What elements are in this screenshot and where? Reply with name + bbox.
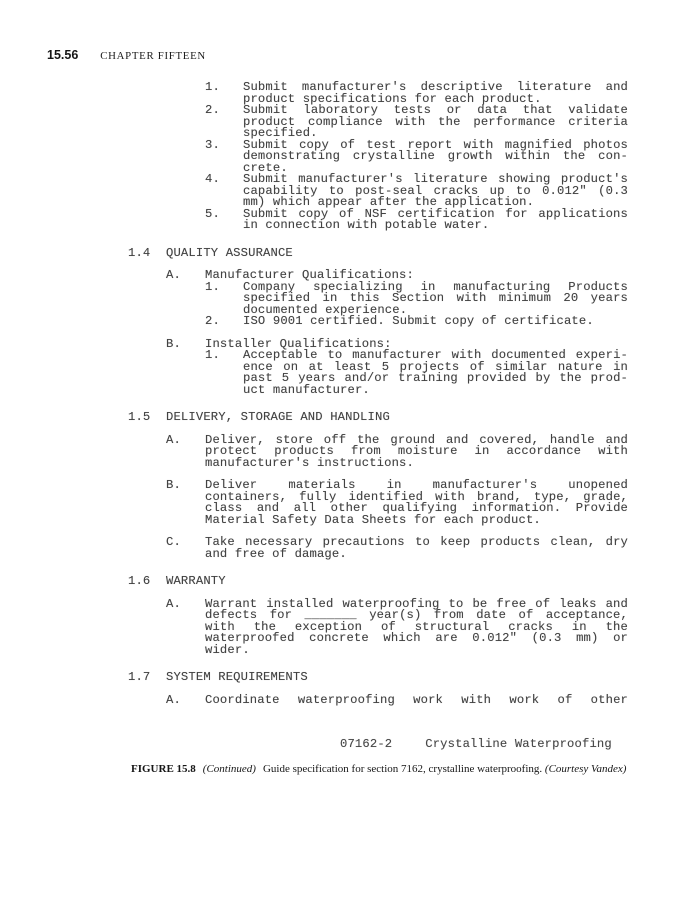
paragraph-lines: ISO 9001 certified. Submit copy of certi…	[243, 316, 628, 328]
numbered-item: 1.Company specializing in manufacturing …	[205, 282, 628, 317]
figure-continued: (Continued)	[203, 763, 256, 775]
paragraph-body: Coordinate waterproofing work with work …	[205, 695, 628, 707]
lettered-paragraph: B.Deliver materials in manufacturer's un…	[166, 480, 628, 526]
figure-caption: FIGURE 15.8(Continued)Guide specificatio…	[131, 762, 636, 777]
lettered-paragraph: B.Installer Qualifications:1.Acceptable …	[166, 339, 628, 397]
spec-section-title: Crystalline Waterproofing	[425, 739, 612, 751]
item-number: 2.	[205, 105, 243, 140]
paragraph-lines: Deliver materials in manufacturer's unop…	[205, 480, 628, 526]
paragraph-body: Manufacturer Qualifications:1.Company sp…	[205, 270, 628, 328]
section-title: DELIVERY, STORAGE AND HANDLING	[166, 412, 390, 424]
numbered-sublist: 1.Company specializing in manufacturing …	[205, 282, 628, 328]
numbered-sublist: 1.Acceptable to manufacturer with docume…	[205, 350, 628, 396]
section-heading: 1.5DELIVERY, STORAGE AND HANDLING	[128, 412, 628, 424]
numbered-item: 3.Submit copy of test report with magnif…	[205, 140, 628, 175]
paragraph-lines: Submit laboratory tests or data that val…	[243, 105, 628, 140]
paragraph-lines: Coordinate waterproofing work with work …	[205, 695, 628, 707]
paragraph-lines: Submit copy of NSF certification for app…	[243, 209, 628, 232]
section-number: 1.5	[128, 412, 166, 424]
paragraph-lines: Deliver, store off the ground and covere…	[205, 435, 628, 470]
lettered-paragraph: C.Take necessary precautions to keep pro…	[166, 537, 628, 560]
paragraph-lines: Take necessary precautions to keep produ…	[205, 537, 628, 560]
spec-line: wider.	[205, 645, 628, 657]
paragraph-letter: A.	[166, 599, 205, 657]
paragraph-letter: A.	[166, 270, 205, 328]
spec-line: demonstrating crystalline growth within …	[243, 151, 628, 163]
section-title: QUALITY ASSURANCE	[166, 248, 293, 260]
spec-line: ISO 9001 certified. Submit copy of certi…	[243, 316, 628, 328]
paragraph-body: Warrant installed waterproofing to be fr…	[205, 599, 628, 657]
numbered-item: 5.Submit copy of NSF certification for a…	[205, 209, 628, 232]
lettered-paragraph: A.Coordinate waterproofing work with wor…	[166, 695, 628, 707]
paragraph-lines: Company specializing in manufacturing Pr…	[243, 282, 628, 317]
figure-courtesy: (Courtesy Vandex)	[545, 763, 627, 775]
item-number: 1.	[205, 282, 243, 317]
section-number: 1.4	[128, 248, 166, 260]
spec-line: waterproofed concrete which are 0.012" (…	[205, 633, 628, 645]
item-number: 1.	[205, 350, 243, 396]
paragraph-body: Installer Qualifications:1.Acceptable to…	[205, 339, 628, 397]
section-title: SYSTEM REQUIREMENTS	[166, 672, 308, 684]
lettered-paragraph: A.Manufacturer Qualifications:1.Company …	[166, 270, 628, 328]
spec-line: Material Safety Data Sheets for each pro…	[205, 515, 628, 527]
chapter-title: CHAPTER FIFTEEN	[100, 50, 206, 62]
lettered-paragraph: A.Deliver, store off the ground and cove…	[166, 435, 628, 470]
numbered-item: 2.ISO 9001 certified. Submit copy of cer…	[205, 316, 628, 328]
spec-body: 1.Submit manufacturer's descriptive lite…	[128, 82, 628, 717]
paragraph-body: Deliver, store off the ground and covere…	[205, 435, 628, 470]
paragraph-lines: Submit manufacturer's descriptive litera…	[243, 82, 628, 105]
paragraph-lines: Warrant installed waterproofing to be fr…	[205, 599, 628, 657]
page-number: 15.56	[47, 48, 78, 62]
spec-line: Coordinate waterproofing work with work …	[205, 695, 628, 707]
paragraph-letter: A.	[166, 435, 205, 470]
section-title: WARRANTY	[166, 576, 226, 588]
item-number: 1.	[205, 82, 243, 105]
paragraph-lines: Submit copy of test report with magnifie…	[243, 140, 628, 175]
spec-page-footer: 07162-2 Crystalline Waterproofing	[340, 739, 612, 751]
paragraph-lines: Submit manufacturer's literature showing…	[243, 174, 628, 209]
numbered-item: 2.Submit laboratory tests or data that v…	[205, 105, 628, 140]
paragraph-body: Take necessary precautions to keep produ…	[205, 537, 628, 560]
numbered-item: 1.Submit manufacturer's descriptive lite…	[205, 82, 628, 105]
book-page: 15.56 CHAPTER FIFTEEN 1.Submit manufactu…	[0, 0, 675, 900]
item-number: 3.	[205, 140, 243, 175]
section-number: 1.7	[128, 672, 166, 684]
paragraph-letter: B.	[166, 480, 205, 526]
spec-line: uct manufacturer.	[243, 385, 628, 397]
item-number: 2.	[205, 316, 243, 328]
spec-section-number: 07162-2	[340, 739, 392, 751]
spec-line: and free of damage.	[205, 549, 628, 561]
paragraph-body: Deliver materials in manufacturer's unop…	[205, 480, 628, 526]
paragraph-lines: Acceptable to manufacturer with document…	[243, 350, 628, 396]
numbered-list: 1.Submit manufacturer's descriptive lite…	[128, 82, 628, 232]
item-number: 5.	[205, 209, 243, 232]
lettered-paragraph: A.Warrant installed waterproofing to be …	[166, 599, 628, 657]
section-heading: 1.7SYSTEM REQUIREMENTS	[128, 672, 628, 684]
figure-label: FIGURE 15.8	[131, 763, 196, 775]
section-number: 1.6	[128, 576, 166, 588]
running-head: 15.56 CHAPTER FIFTEEN	[47, 46, 206, 64]
paragraph-letter: C.	[166, 537, 205, 560]
numbered-item: 4.Submit manufacturer's literature showi…	[205, 174, 628, 209]
spec-line: manufacturer's instructions.	[205, 458, 628, 470]
numbered-item: 1.Acceptable to manufacturer with docume…	[205, 350, 628, 396]
paragraph-letter: B.	[166, 339, 205, 397]
spec-line: in connection with potable water.	[243, 220, 628, 232]
section-heading: 1.6WARRANTY	[128, 576, 628, 588]
section-heading: 1.4QUALITY ASSURANCE	[128, 248, 628, 260]
item-number: 4.	[205, 174, 243, 209]
paragraph-letter: A.	[166, 695, 205, 707]
figure-caption-text: Guide specification for section 7162, cr…	[263, 763, 542, 775]
